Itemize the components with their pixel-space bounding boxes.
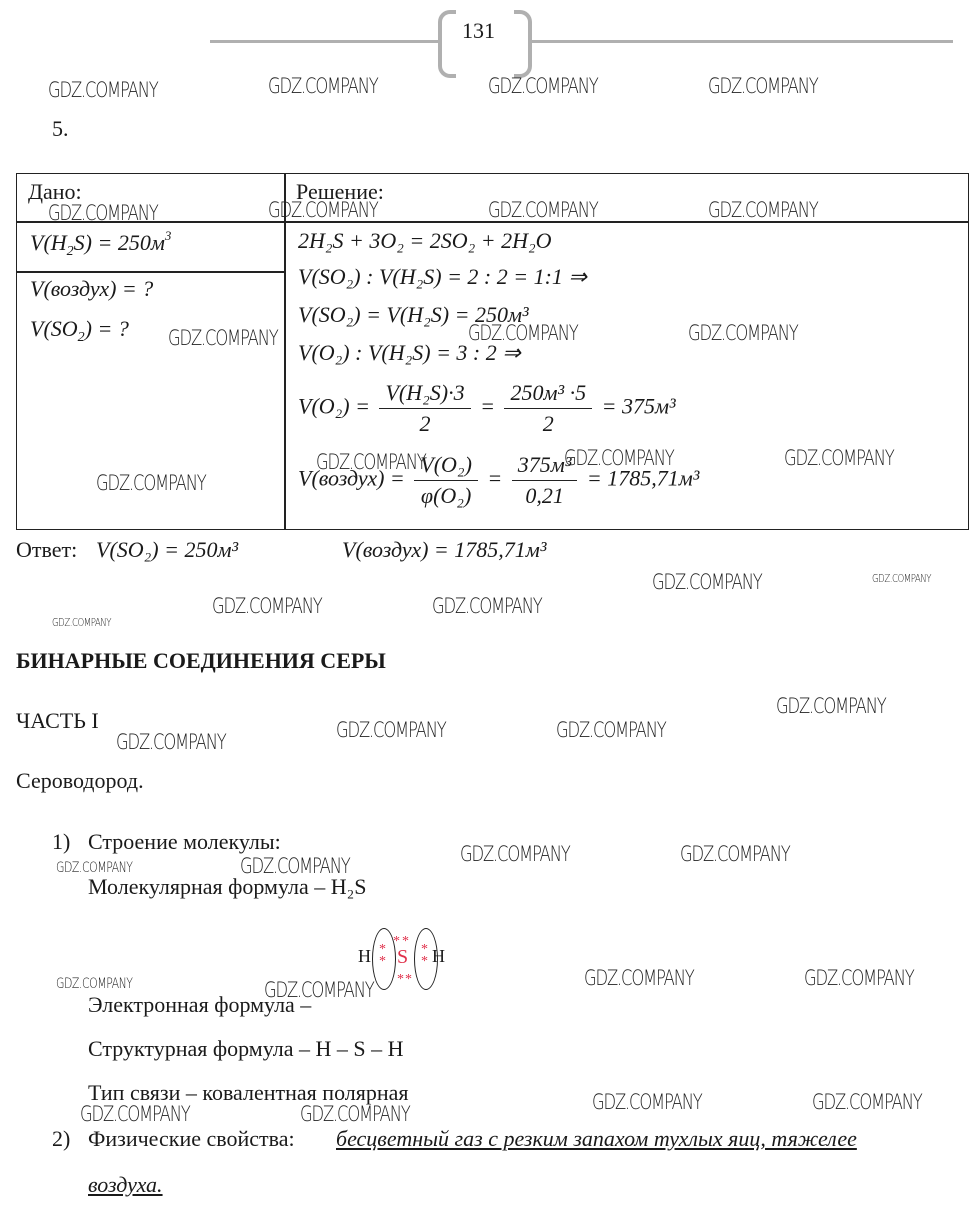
- task-number: 5.: [52, 116, 69, 142]
- page-number-bracket-right: [514, 10, 532, 78]
- watermark: GDZ.COMPANY: [168, 326, 278, 350]
- solution-header-cell: [284, 173, 969, 223]
- watermark: GDZ.COMPANY: [688, 321, 798, 345]
- lewis-left-h: H: [358, 946, 371, 967]
- electron-pair-right: **: [421, 944, 428, 968]
- find-volume-so2: V(SO2) = ?: [30, 316, 129, 346]
- fraction: 250м³ ·52: [504, 380, 592, 437]
- header-rule-right: [528, 40, 953, 43]
- watermark: GDZ.COMPANY: [708, 198, 818, 222]
- watermark: GDZ.COMPANY: [240, 854, 350, 878]
- watermark: GDZ.COMPANY: [556, 718, 666, 742]
- watermark: GDZ.COMPANY: [680, 842, 790, 866]
- structural-formula: Структурная формула – H – S – H: [88, 1036, 404, 1062]
- part-label: ЧАСТЬ I: [16, 708, 99, 734]
- item-1-number: 1): [52, 829, 70, 855]
- reaction-equation: 2H₂S + 3O₂ = 2SO₂ + 2H₂O: [298, 228, 552, 254]
- find-volume-air: V(воздух) = ?: [30, 276, 153, 302]
- item-1-label: Строение молекулы:: [88, 829, 281, 855]
- physical-properties-answer-line1: бесцветный газ с резким запахом тухлых я…: [336, 1126, 857, 1152]
- header-rule-left: [210, 40, 440, 43]
- page-number-bracket-left: [438, 10, 456, 78]
- watermark: GDZ.COMPANY: [56, 976, 133, 992]
- watermark: GDZ.COMPANY: [468, 321, 578, 345]
- volume-o2-calculation: V(O₂) = V(H₂S)·32 = 250м³ ·52 = 375м³: [298, 380, 676, 437]
- watermark: GDZ.COMPANY: [872, 572, 931, 585]
- watermark: GDZ.COMPANY: [80, 1102, 190, 1126]
- watermark: GDZ.COMPANY: [488, 74, 598, 98]
- item-2-label: Физические свойства:: [88, 1126, 295, 1152]
- subject-label: Сероводород.: [16, 768, 144, 794]
- watermark: GDZ.COMPANY: [584, 966, 694, 990]
- answer-so2: V(SO₂) = 250м³: [96, 537, 238, 563]
- item-2-number: 2): [52, 1126, 70, 1152]
- watermark: GDZ.COMPANY: [268, 74, 378, 98]
- watermark: GDZ.COMPANY: [652, 570, 762, 594]
- watermark: GDZ.COMPANY: [48, 78, 158, 102]
- electron-pair-left: **: [379, 944, 386, 968]
- section-title: БИНАРНЫЕ СОЕДИНЕНИЯ СЕРЫ: [16, 648, 386, 674]
- given-volume-h2s: V(H2S) = 250м3: [30, 228, 171, 260]
- watermark: GDZ.COMPANY: [784, 446, 894, 470]
- watermark: GDZ.COMPANY: [432, 594, 542, 618]
- watermark: GDZ.COMPANY: [804, 966, 914, 990]
- watermark: GDZ.COMPANY: [268, 198, 378, 222]
- watermark: GDZ.COMPANY: [300, 1102, 410, 1126]
- watermark: GDZ.COMPANY: [776, 694, 886, 718]
- watermark: GDZ.COMPANY: [460, 842, 570, 866]
- watermark: GDZ.COMPANY: [56, 860, 133, 876]
- watermark: GDZ.COMPANY: [116, 730, 226, 754]
- physical-properties-answer-line2: воздуха.: [88, 1172, 163, 1198]
- lewis-right-h: H: [432, 946, 445, 967]
- watermark: GDZ.COMPANY: [488, 198, 598, 222]
- electron-pair-bottom: **: [397, 972, 413, 988]
- watermark: GDZ.COMPANY: [96, 471, 206, 495]
- watermark: GDZ.COMPANY: [592, 1090, 702, 1114]
- watermark: GDZ.COMPANY: [48, 201, 158, 225]
- watermark: GDZ.COMPANY: [336, 718, 446, 742]
- answer-label: Ответ:: [16, 537, 77, 563]
- watermark: GDZ.COMPANY: [52, 616, 111, 629]
- answer-air: V(воздух) = 1785,71м³: [342, 537, 546, 563]
- ratio-so2-h2s: V(SO₂) : V(H₂S) = 2 : 2 = 1:1 ⇒: [298, 264, 587, 290]
- watermark: GDZ.COMPANY: [212, 594, 322, 618]
- page-number: 131: [462, 18, 495, 44]
- watermark: GDZ.COMPANY: [812, 1090, 922, 1114]
- watermark: GDZ.COMPANY: [264, 978, 374, 1002]
- watermark: GDZ.COMPANY: [708, 74, 818, 98]
- electron-pair-top: **: [393, 934, 411, 950]
- watermark: GDZ.COMPANY: [564, 446, 674, 470]
- fraction: V(H₂S)·32: [379, 380, 470, 437]
- watermark: GDZ.COMPANY: [316, 450, 426, 474]
